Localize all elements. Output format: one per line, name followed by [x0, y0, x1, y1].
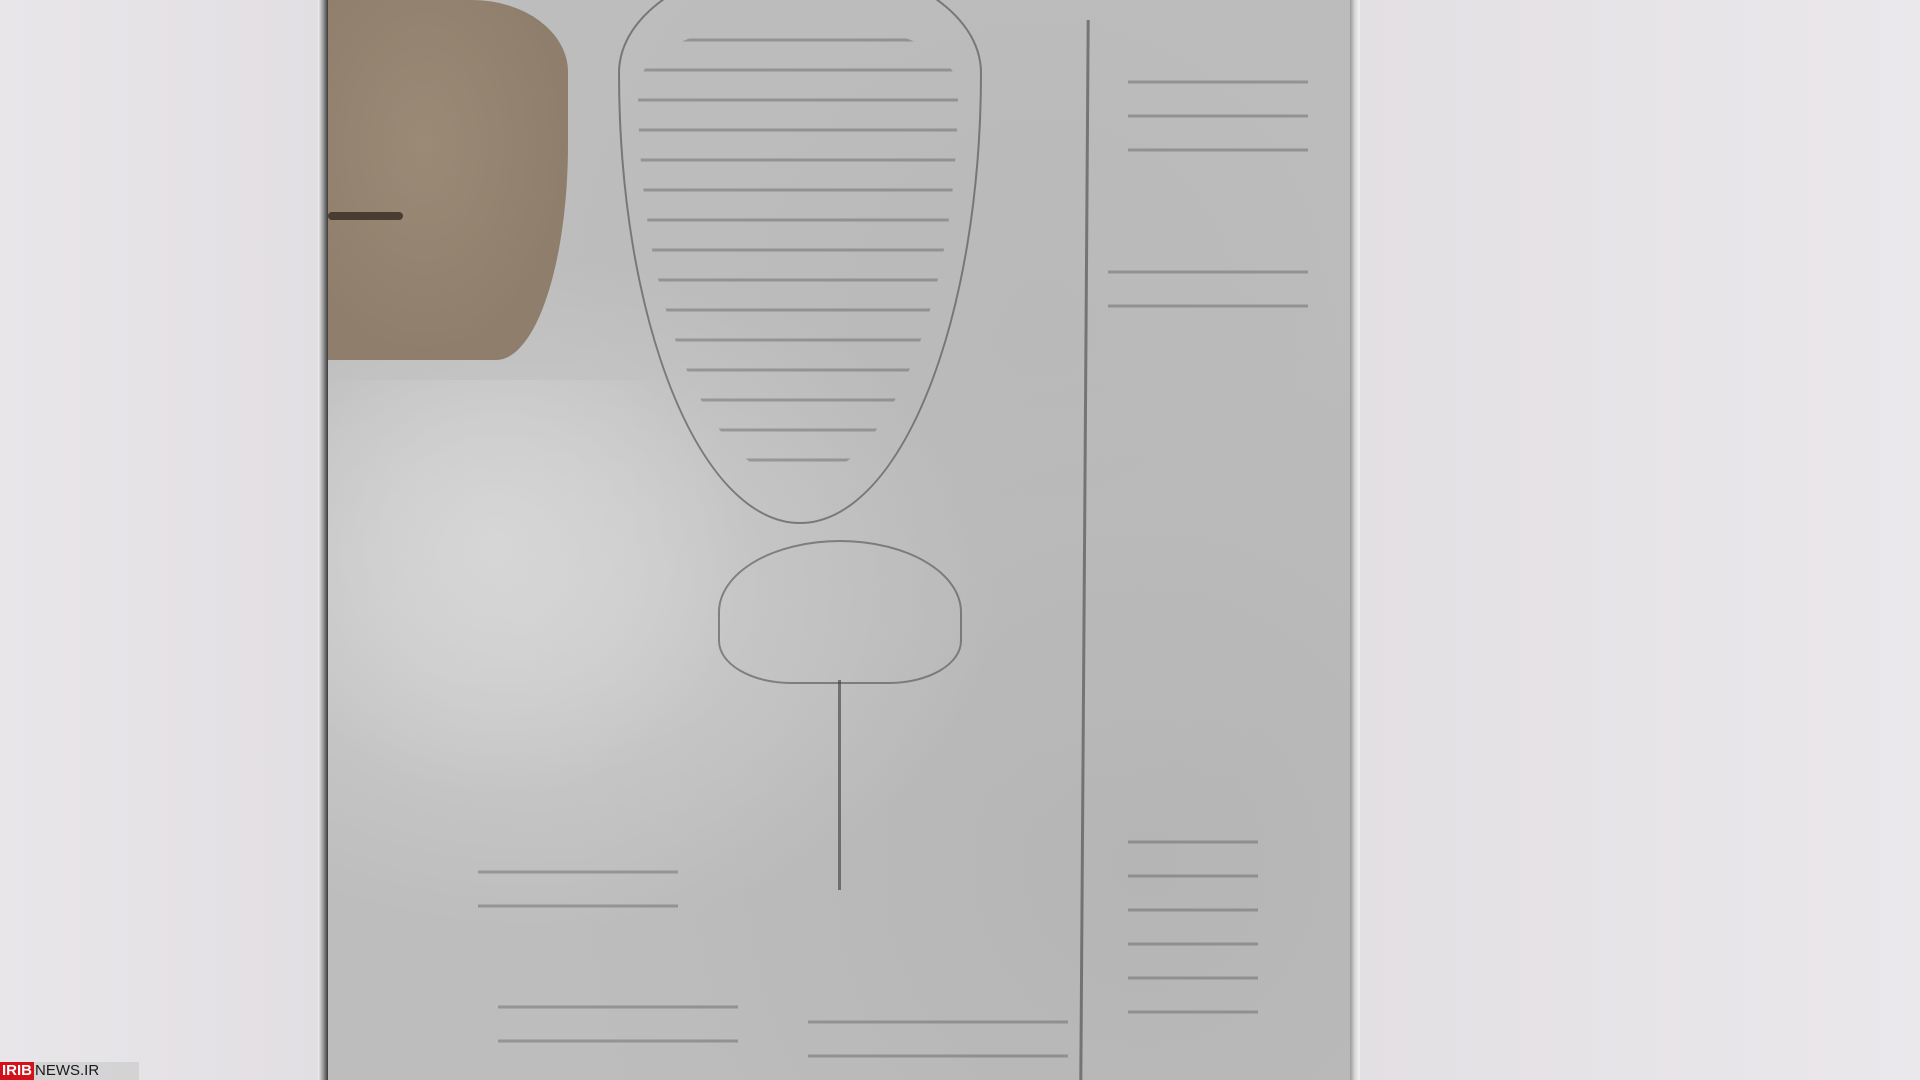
- wall-left: [0, 0, 325, 1080]
- handwritten-note-right: [1128, 820, 1258, 1020]
- exposed-plaster-patch: [328, 0, 568, 360]
- floral-ornament: [718, 540, 962, 684]
- handwritten-note-left: [478, 850, 678, 930]
- frame-edge-right: [1350, 0, 1360, 1080]
- vertical-guide-line: [1079, 20, 1089, 1080]
- inscription-panel: [328, 0, 1350, 1080]
- handwritten-note-bottom: [808, 1000, 1068, 1070]
- handwritten-note-mid-right: [1108, 250, 1308, 310]
- handwritten-note-top-right: [1128, 60, 1308, 160]
- worn-light-area: [328, 380, 748, 800]
- handwritten-note-bottom-left: [498, 985, 738, 1065]
- frame-edge-left: [318, 0, 328, 1080]
- watermark-brand: IRIB: [0, 1062, 34, 1080]
- watermark-site: NEWS.IR: [34, 1062, 139, 1080]
- plaster-crack: [328, 212, 403, 220]
- watermark: IRIB NEWS.IR: [0, 1062, 139, 1080]
- wall-right: [1360, 0, 1920, 1080]
- ornament-stem: [838, 680, 841, 890]
